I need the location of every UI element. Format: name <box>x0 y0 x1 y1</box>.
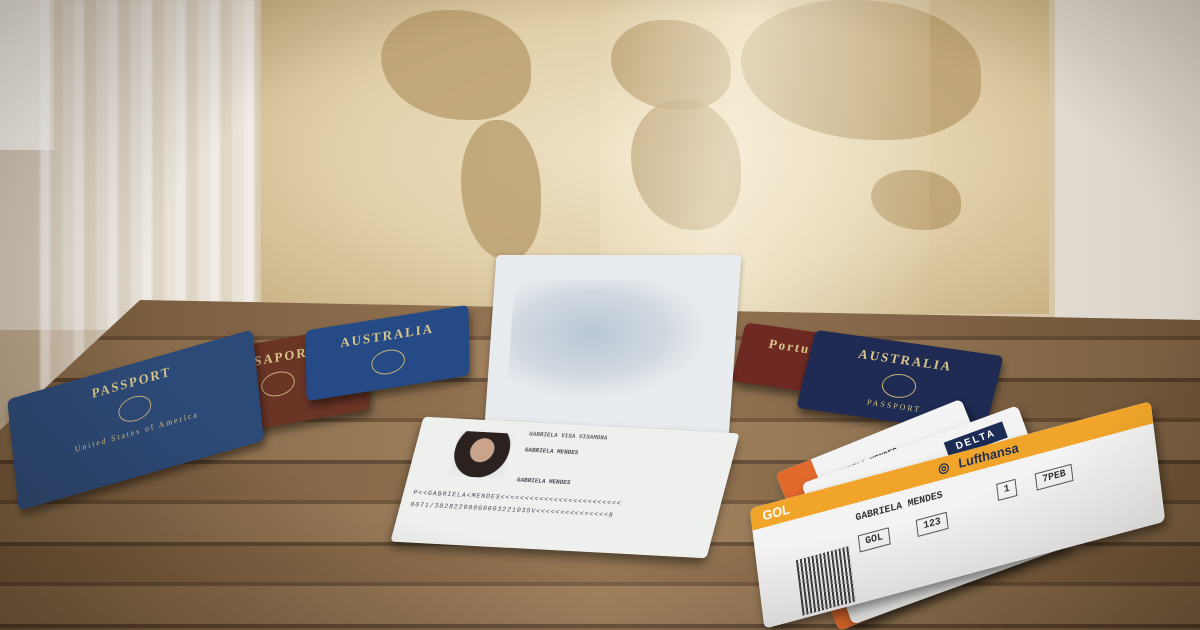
photo-scene: PASSAPORTE AUSTRALIA PASSPORT United Sta… <box>0 0 1200 630</box>
barcode <box>796 546 856 615</box>
gol-logo: GOL <box>762 501 791 523</box>
lufthansa-crane-icon: ◎ <box>937 458 950 476</box>
visa-page <box>484 255 742 440</box>
eagle-seal-icon <box>117 392 152 426</box>
map-north-america <box>381 10 531 120</box>
data-page: GABRIELA VISA VISAMORA GABRIELA MENDES G… <box>390 417 739 559</box>
watermark-map <box>506 280 714 400</box>
open-passport: GABRIELA VISA VISAMORA GABRIELA MENDES G… <box>405 255 735 555</box>
coat-of-arms-icon <box>371 347 405 377</box>
coat-of-arms-icon <box>879 372 919 400</box>
map-south-america <box>461 120 541 260</box>
coat-of-arms-icon <box>260 369 294 399</box>
holder-photo <box>448 431 514 479</box>
